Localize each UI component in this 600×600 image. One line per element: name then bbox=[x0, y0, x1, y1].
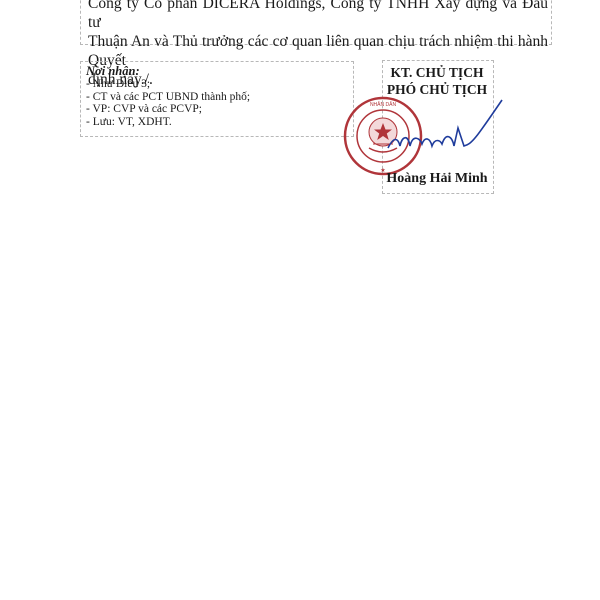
signature-title: KT. CHỦ TỊCH PHÓ CHỦ TỊCH bbox=[382, 64, 492, 98]
body-line: Công ty Cổ phần DICERA Holdings, Công ty… bbox=[88, 0, 548, 32]
recipient-item: - Lưu: VT, XDHT. bbox=[86, 116, 250, 129]
recipients-title: Nơi nhận: bbox=[86, 65, 250, 78]
recipient-item: - Như Điều 3; bbox=[86, 78, 250, 91]
recipient-item: - CT và các PCT UBND thành phố; bbox=[86, 91, 250, 104]
recipient-item: - VP: CVP và các PCVP; bbox=[86, 103, 250, 116]
handwritten-signature-icon bbox=[380, 98, 510, 158]
signature-title-line1: KT. CHỦ TỊCH bbox=[382, 64, 492, 81]
signer-name: Hoàng Hải Minh bbox=[382, 171, 492, 187]
recipients-block: Nơi nhận: - Như Điều 3; - CT và các PCT … bbox=[86, 65, 250, 129]
